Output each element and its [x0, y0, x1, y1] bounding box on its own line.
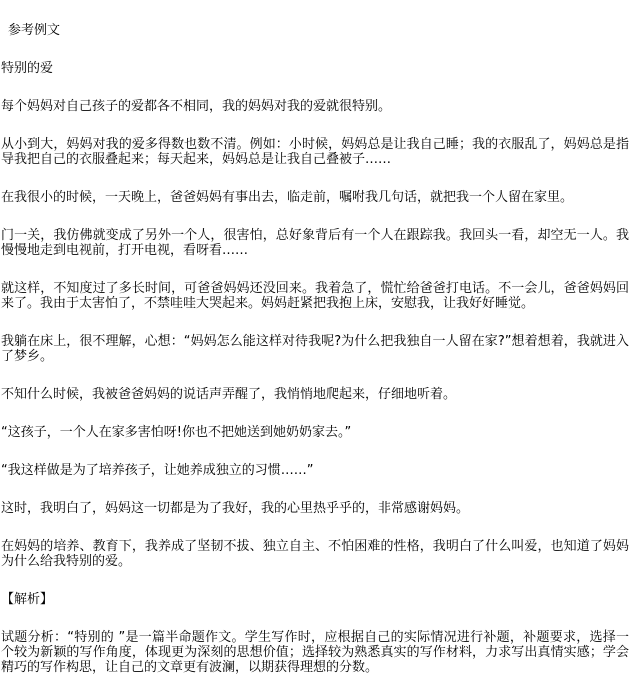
analysis-body: 试题分析：“特别的 ”是一篇半命题作文。学生写作时，应根据自己的实际情况进行补题…	[1, 630, 629, 675]
essay-paragraph-1: 每个妈妈对自己孩子的爱都各不相同，我的妈妈对我的爱就很特别。	[1, 99, 629, 114]
essay-paragraph-2: 从小到大，妈妈对我的爱多得数也数不清。例如：小时候，妈妈总是让我自己睡；我的衣服…	[1, 137, 629, 167]
essay-paragraph-3: 在我很小的时候，一天晚上，爸爸妈妈有事出去，临走前，嘱咐我几句话，就把我一个人留…	[1, 190, 629, 205]
reference-essay-header: 参考例文	[1, 23, 629, 38]
essay-paragraph-4: 门一关，我仿佛就变成了另外一个人，很害怕，总好象背后有一个人在跟踪我。我回头一看…	[1, 228, 629, 258]
analysis-label: 【解析】	[1, 592, 629, 607]
essay-paragraph-6: 我躺在床上，很不理解，心想：“妈妈怎么能这样对待我呢?为什么把我独自一人留在家?…	[1, 334, 629, 364]
essay-paragraph-10: 这时，我明白了，妈妈这一切都是为了我好，我的心里热乎乎的，非常感谢妈妈。	[1, 501, 629, 516]
essay-title: 特别的爱	[1, 61, 629, 76]
essay-paragraph-7: 不知什么时候，我被爸爸妈妈的说话声弄醒了，我悄悄地爬起来，仔细地听着。	[1, 387, 629, 402]
essay-paragraph-11: 在妈妈的培养、教育下，我养成了坚韧不拔、独立自主、不怕困难的性格，我明白了什么叫…	[1, 539, 629, 569]
document-page: 参考例文 特别的爱 每个妈妈对自己孩子的爱都各不相同，我的妈妈对我的爱就很特别。…	[0, 0, 630, 688]
essay-paragraph-5: 就这样，不知度过了多长时间，可爸爸妈妈还没回来。我着急了，慌忙给爸爸打电话。不一…	[1, 281, 629, 311]
essay-paragraph-9-dialogue: “我这样做是为了培养孩子，让她养成独立的习惯……”	[1, 463, 629, 478]
essay-paragraph-8-dialogue: “这孩子，一个人在家多害怕呀!你也不把她送到她奶奶家去。”	[1, 425, 629, 440]
